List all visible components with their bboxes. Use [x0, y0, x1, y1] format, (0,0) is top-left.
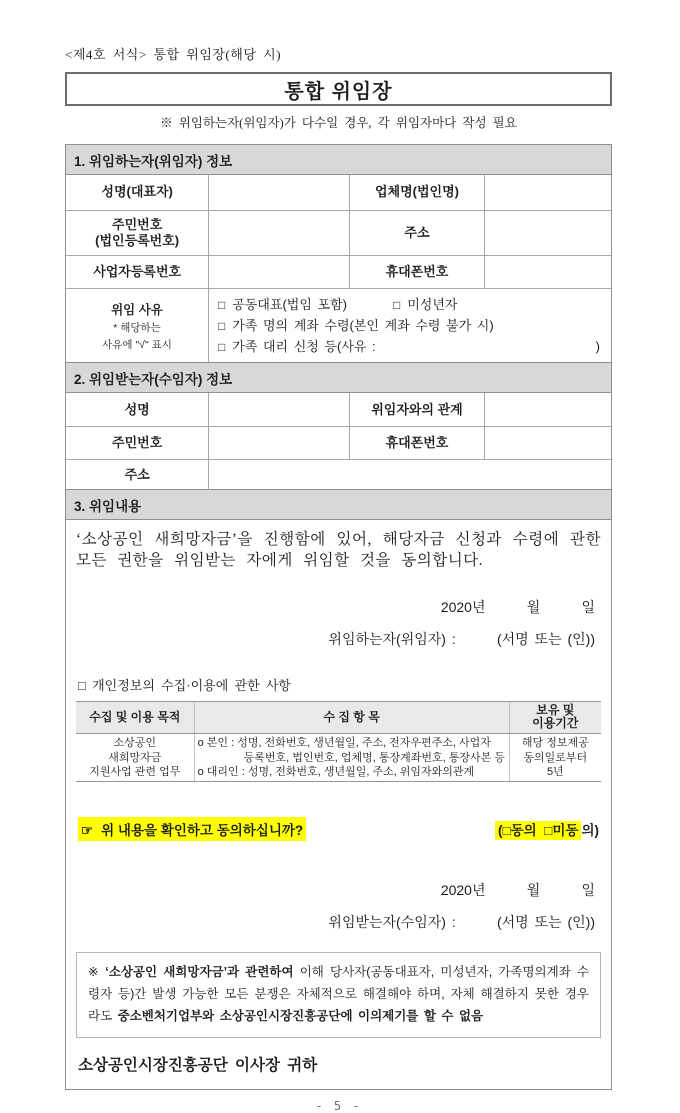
reason-option-family-account[interactable]: 가족 명의 계좌 수령(본인 계좌 수령 불가 시): [232, 316, 493, 337]
pointing-hand-icon: ☞: [81, 823, 93, 838]
privacy-table: 수집 및 이용 목적 수 집 항 목 보유 및 이용기간 소상공인 새희망자금 …: [76, 701, 601, 782]
delegatee-name-label: 성명: [66, 393, 209, 426]
reason-note-2: 사유에 "√" 표시: [68, 337, 206, 352]
notice-bold-conclusion: 중소벤처기업부와 소상공인시장진흥공단에 이의제기를 할 수 없음: [118, 1009, 483, 1023]
table-row: 주민번호 휴대폰번호: [66, 426, 611, 459]
privacy-table-row: 소상공인 새희망자금 지원사업 관련 업무 o 본인 : 성명, 전화번호, 생…: [76, 734, 601, 782]
delegatee-relation-label: 위임자와의 관계: [349, 393, 484, 426]
reason-paren-close: ): [596, 337, 602, 358]
section1-header: 1. 위임하는자(위임자) 정보: [66, 145, 611, 175]
delegation-content: ‘소상공인 새희망자금’을 진행함에 있어, 해당자금 신청과 수령에 관한 모…: [66, 520, 611, 1088]
reason-option-row: □ 가족 명의 계좌 수령(본인 계좌 수령 불가 시): [218, 316, 602, 337]
section3-header: 3. 위임내용: [66, 489, 611, 520]
privacy-purpose-cell: 소상공인 새희망자금 지원사업 관련 업무: [76, 734, 194, 782]
delegator-resident-no-label: 주민번호 (법인등록번호): [66, 210, 209, 255]
delegatee-relation-field[interactable]: [485, 393, 611, 426]
table-row: 성명(대표자) 업체명(법인명): [66, 175, 611, 210]
delegatee-name-field[interactable]: [209, 393, 350, 426]
consent-answer-tail: 의): [581, 823, 599, 838]
delegator-date-line: 2020년 월 일: [76, 597, 601, 617]
notice-bold-intro: ‘소상공인 새희망자금’과 관련하여: [105, 965, 293, 979]
notice-marker: ※: [88, 965, 105, 979]
reason-option-minor[interactable]: 미성년자: [407, 295, 457, 316]
consent-answer-highlight[interactable]: (□동의 □미동: [495, 821, 581, 840]
table-row: 성명 위임자와의 관계: [66, 393, 611, 426]
delegator-resident-no-field[interactable]: [209, 210, 350, 255]
privacy-col-retention: 보유 및 이용기간: [509, 701, 601, 734]
consent-question-highlight: ☞위 내용을 확인하고 동의하십니까?: [78, 817, 306, 841]
delegation-statement: ‘소상공인 새희망자금’을 진행함에 있어, 해당자금 신청과 수령에 관한 모…: [76, 530, 601, 570]
delegator-name-label: 성명(대표자): [66, 175, 209, 210]
delegatee-date-line: 2020년 월 일: [76, 880, 601, 900]
delegatee-resident-no-field[interactable]: [209, 426, 350, 459]
reason-note-1: * 해당하는: [68, 320, 206, 335]
privacy-col-purpose: 수집 및 이용 목적: [76, 701, 194, 734]
table-row: 주민번호 (법인등록번호) 주소: [66, 210, 611, 255]
delegator-signature-line[interactable]: 위임하는자(위임자) : (서명 또는 (인)): [76, 629, 601, 649]
checkbox-icon[interactable]: □: [218, 296, 225, 315]
privacy-retention-cell: 해당 정보제공 동의일로부터 5년: [509, 734, 601, 782]
delegation-reason-row: 위임 사유 * 해당하는 사유에 "√" 표시 □ 공동대표(법임 포함) □ …: [66, 288, 611, 362]
page-number: - 5 -: [65, 1099, 612, 1113]
top-note: ※ 위임하는자(위임자)가 다수일 경우, 각 위임자마다 작성 필요: [65, 113, 612, 131]
privacy-items-line: o 본인 : 성명, 전화번호, 생년월일, 주소, 전자우편주소, 사업자: [198, 736, 506, 750]
consent-answer-options[interactable]: (□동의 □미동의): [457, 804, 599, 854]
delegator-address-field[interactable]: [485, 210, 611, 255]
title-box: 통합 위임장: [65, 72, 612, 106]
section2-header: 2. 위임받는자(수임자) 정보: [66, 362, 611, 393]
reason-option-joint-rep[interactable]: 공동대표(법임 포함): [232, 295, 347, 316]
checkbox-icon[interactable]: □: [218, 338, 225, 357]
privacy-items-cell: o 본인 : 성명, 전화번호, 생년월일, 주소, 전자우편주소, 사업자 등…: [194, 734, 509, 782]
page-title: 통합 위임장: [284, 75, 392, 104]
delegator-biz-reg-no-field[interactable]: [209, 255, 350, 288]
reason-option-row: □ 가족 대리 신청 등(사유 : ): [218, 337, 602, 358]
delegator-biz-reg-no-label: 사업자등록번호: [66, 255, 209, 288]
reason-option-row: □ 공동대표(법임 포함) □ 미성년자: [218, 295, 602, 316]
privacy-col-items: 수 집 항 목: [194, 701, 509, 734]
delegator-mobile-field[interactable]: [485, 255, 611, 288]
checkbox-icon[interactable]: □: [393, 296, 400, 315]
privacy-table-header-row: 수집 및 이용 목적 수 집 항 목 보유 및 이용기간: [76, 701, 601, 734]
delegatee-mobile-label: 휴대폰번호: [349, 426, 484, 459]
delegatee-signature-line[interactable]: 위임받는자(수임자) : (서명 또는 (인)): [76, 912, 601, 932]
delegation-reason-label: 위임 사유 * 해당하는 사유에 "√" 표시: [66, 289, 209, 362]
delegatee-resident-no-label: 주민번호: [66, 426, 209, 459]
delegator-company-field[interactable]: [485, 175, 611, 210]
consent-question: 위 내용을 확인하고 동의하십니까?: [101, 823, 303, 838]
consent-question-row: ☞위 내용을 확인하고 동의하십니까? (□동의 □미동의): [76, 804, 601, 854]
delegatee-address-field[interactable]: [209, 459, 611, 489]
privacy-items-line: 등록번호, 법인번호, 업체명, 통장계좌번호, 통장사본 등: [198, 751, 506, 765]
document-page: <제4호 서식> 통합 위임장(해당 시) 통합 위임장 ※ 위임하는자(위임자…: [65, 0, 612, 1113]
delegatee-mobile-field[interactable]: [485, 426, 611, 459]
reason-option-family-proxy[interactable]: 가족 대리 신청 등(사유 :: [232, 337, 375, 358]
privacy-items-line: o 대리인 : 성명, 전화번호, 생년월일, 주소, 위임자와의관계: [198, 765, 506, 779]
delegatee-table: 성명 위임자와의 관계 주민번호 휴대폰번호 주소: [66, 393, 611, 489]
checkbox-icon[interactable]: □: [218, 317, 225, 336]
privacy-section-title: □ 개인정보의 수집·이용에 관한 사항: [76, 675, 601, 694]
delegator-table: 성명(대표자) 업체명(법인명) 주민번호 (법인등록번호) 주소 사업자등록번…: [66, 175, 611, 288]
delegator-mobile-label: 휴대폰번호: [349, 255, 484, 288]
table-row: 사업자등록번호 휴대폰번호: [66, 255, 611, 288]
recipient-line: 소상공인시장진흥공단 이사장 귀하: [78, 1053, 601, 1075]
delegatee-address-label: 주소: [66, 459, 209, 489]
table-row: 주소: [66, 459, 611, 489]
form-body: 1. 위임하는자(위임자) 정보 성명(대표자) 업체명(법인명) 주민번호 (…: [65, 144, 612, 1090]
delegator-address-label: 주소: [349, 210, 484, 255]
delegator-name-field[interactable]: [209, 175, 350, 210]
delegator-company-label: 업체명(법인명): [349, 175, 484, 210]
reason-title: 위임 사유: [68, 300, 206, 318]
form-tag: <제4호 서식> 통합 위임장(해당 시): [65, 44, 612, 63]
dispute-notice-box: ※ ‘소상공인 새희망자금’과 관련하여 이해 당사자(공동대표자, 미성년자,…: [76, 952, 601, 1038]
delegation-reason-options: □ 공동대표(법임 포함) □ 미성년자 □ 가족 명의 계좌 수령(본인 계좌…: [209, 289, 611, 362]
